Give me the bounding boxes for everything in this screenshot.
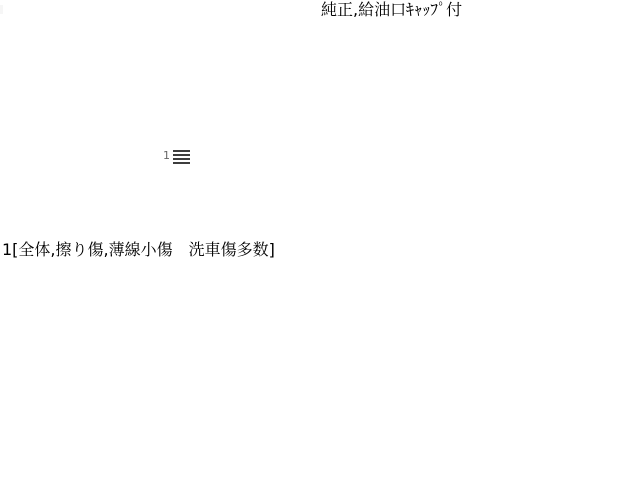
damage-mark-1: 1 bbox=[163, 148, 193, 166]
equipment-note-text: 純正,給油口ｷｬｯﾌﾟ付 bbox=[321, 1, 462, 19]
damage-legend-text: 1[全体,擦り傷,薄線小傷 洗車傷多数] bbox=[2, 241, 275, 259]
condition-sheet: 純正,給油口ｷｬｯﾌﾟ付 1 1[全体,擦り傷,薄線小傷 洗車傷多数] bbox=[0, 0, 640, 480]
scratch-lines-icon bbox=[173, 150, 190, 166]
left-edge-artifact bbox=[0, 5, 3, 14]
damage-mark-number: 1 bbox=[163, 150, 170, 161]
